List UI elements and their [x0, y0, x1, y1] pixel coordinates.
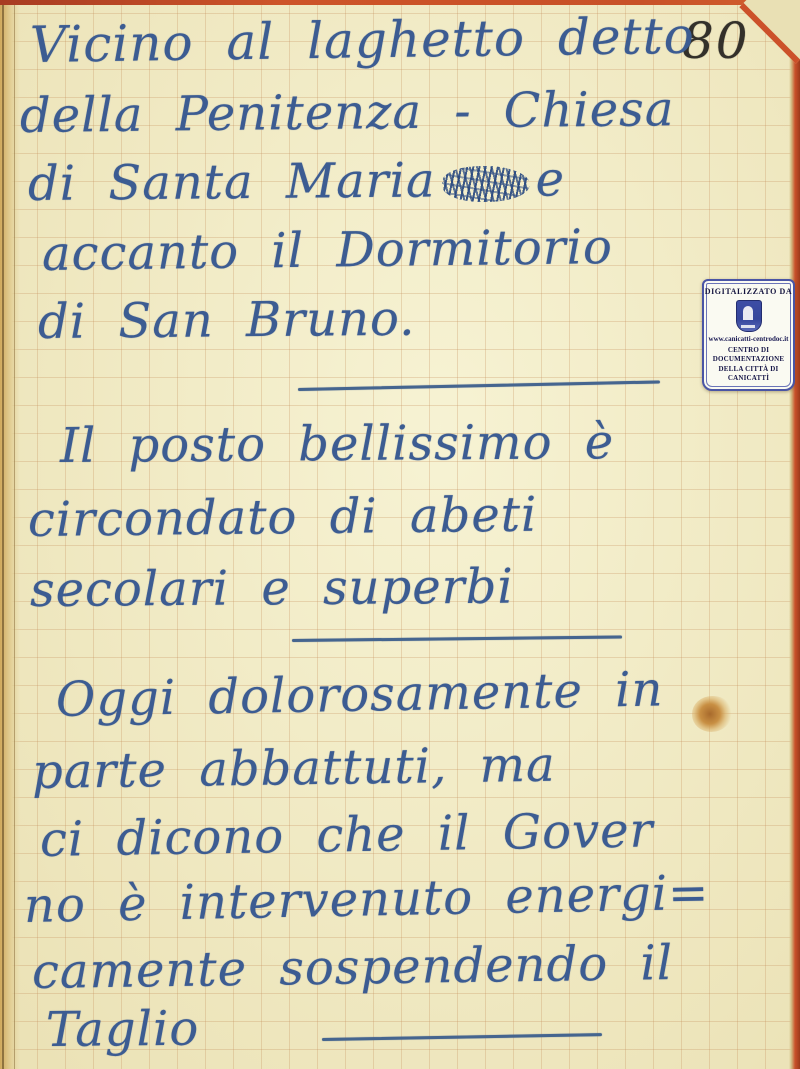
stamp-organization: CENTRO DI DOCUMENTAZIONE DELLA CITTÀ DI …	[704, 346, 793, 384]
hw-line-3-text: di Santa Maria	[28, 152, 436, 212]
binding-crease	[2, 0, 4, 1069]
hw-line-6: Il posto bellissimo è	[60, 414, 615, 474]
ink-stain	[692, 696, 732, 732]
page-right-edge	[789, 0, 800, 1069]
hw-line-14: Taglio	[46, 1001, 200, 1058]
digitization-stamp: DIGITALIZZATO DA www.canicatti-centrodoc…	[702, 279, 795, 391]
stamp-url: www.canicatti-centrodoc.it	[709, 335, 789, 343]
hw-line-3-suffix: e	[535, 151, 565, 207]
hw-line-3: di Santa Mariae	[28, 151, 565, 212]
stamp-org-line2: DELLA CITTÀ DI CANICATTÌ	[704, 365, 793, 384]
hw-line-4: accanto il Dormitorio	[42, 219, 614, 282]
hw-line-10: parte abbattuti, ma	[32, 737, 556, 800]
hw-line-11: ci dicono che il Gover	[40, 802, 654, 868]
page-top-edge	[0, 0, 800, 5]
hw-line-1: Vicino al laghetto detto	[30, 7, 696, 74]
ink-divider-3	[322, 1033, 602, 1041]
stamp-header-label: DIGITALIZZATO DA	[705, 287, 793, 296]
stamp-shield-icon	[736, 300, 762, 332]
hw-line-12: no è intervenuto energi=	[23, 865, 709, 934]
ink-divider-2	[292, 636, 622, 642]
stamp-org-line1: CENTRO DI DOCUMENTAZIONE	[704, 346, 793, 365]
scribble-strikeout-icon	[441, 166, 529, 203]
hw-line-13: camente sospendendo il	[32, 935, 674, 1000]
hw-line-7: circondato di abeti	[28, 487, 538, 548]
stamp-arch-icon	[743, 306, 753, 320]
hw-line-2: della Penitenza - Chiesa	[20, 81, 675, 144]
hw-line-8: secolari e superbi	[30, 559, 514, 618]
hw-line-5: di San Bruno.	[38, 291, 416, 350]
binding-crease-inner	[14, 0, 15, 1069]
ink-divider-1	[298, 380, 660, 391]
hw-line-9: Oggi dolorosamente in	[56, 661, 664, 728]
stamp-shield-base	[741, 325, 755, 328]
notebook-page: 80 Vicino al laghetto detto della Penite…	[0, 0, 800, 1069]
